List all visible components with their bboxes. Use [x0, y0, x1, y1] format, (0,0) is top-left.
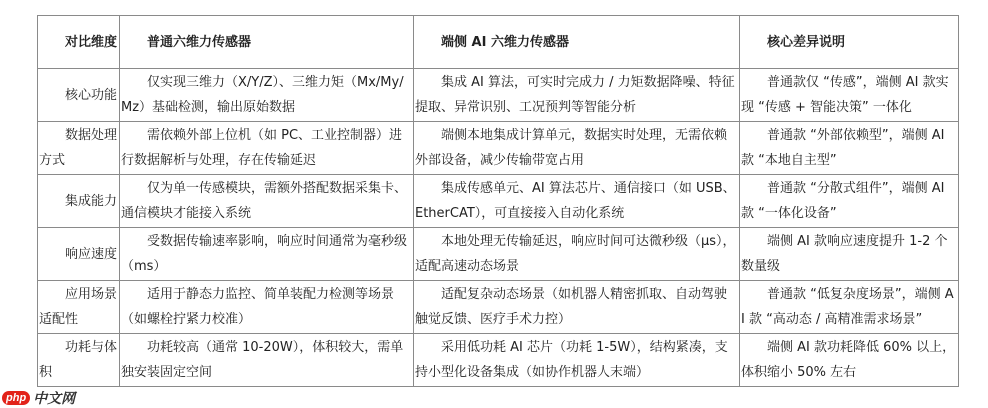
cell-standard: 适用于静态力监控、简单装配力检测等场景（如螺栓拧紧力校准） [120, 281, 414, 334]
cell-dimension: 响应速度 [38, 228, 120, 281]
cell-dimension: 功耗与体积 [38, 334, 120, 387]
header-edge-ai-sensor: 端侧 AI 六维力传感器 [414, 16, 740, 69]
header-dimension: 对比维度 [38, 16, 120, 69]
table-row: 集成能力 仅为单一传感模块，需额外搭配数据采集卡、通信模块才能接入系统 集成传感… [38, 175, 959, 228]
cell-edge-ai: 端侧本地集成计算单元，数据实时处理，无需依赖外部设备，减少传输带宽占用 [414, 122, 740, 175]
table-row: 数据处理方式 需依赖外部上位机（如 PC、工业控制器）进行数据解析与处理，存在传… [38, 122, 959, 175]
cell-difference: 普通款 “分散式组件”，端侧 AI 款 “一体化设备” [740, 175, 959, 228]
table-row: 应用场景适配性 适用于静态力监控、简单装配力检测等场景（如螺栓拧紧力校准） 适配… [38, 281, 959, 334]
watermark: php 中文网 [2, 388, 75, 408]
cell-standard: 需依赖外部上位机（如 PC、工业控制器）进行数据解析与处理，存在传输延迟 [120, 122, 414, 175]
php-logo-icon: php [2, 391, 30, 405]
header-core-difference: 核心差异说明 [740, 16, 959, 69]
table-row: 功耗与体积 功耗较高（通常 10-20W），体积较大，需单独安装固定空间 采用低… [38, 334, 959, 387]
table-row: 响应速度 受数据传输速率影响，响应时间通常为毫秒级（ms） 本地处理无传输延迟，… [38, 228, 959, 281]
cell-edge-ai: 采用低功耗 AI 芯片（功耗 1-5W），结构紧凑，支持小型化设备集成（如协作机… [414, 334, 740, 387]
cell-standard: 功耗较高（通常 10-20W），体积较大，需单独安装固定空间 [120, 334, 414, 387]
table-row: 核心功能 仅实现三维力（X/Y/Z）、三维力矩（Mx/My/Mz）基础检测，输出… [38, 69, 959, 122]
cell-edge-ai: 集成传感单元、AI 算法芯片、通信接口（如 USB、EtherCAT），可直接接… [414, 175, 740, 228]
cell-difference: 普通款 “低复杂度场景”，端侧 AI 款 “高动态 / 高精准需求场景” [740, 281, 959, 334]
comparison-table: 对比维度 普通六维力传感器 端侧 AI 六维力传感器 核心差异说明 核心功能 仅… [37, 15, 959, 387]
cell-edge-ai: 本地处理无传输延迟，响应时间可达微秒级（μs），适配高速动态场景 [414, 228, 740, 281]
cell-standard: 受数据传输速率影响，响应时间通常为毫秒级（ms） [120, 228, 414, 281]
cell-difference: 端侧 AI 款响应速度提升 1-2 个数量级 [740, 228, 959, 281]
cell-difference: 普通款 “外部依赖型”，端侧 AI 款 “本地自主型” [740, 122, 959, 175]
cell-difference: 端侧 AI 款功耗降低 60% 以上，体积缩小 50% 左右 [740, 334, 959, 387]
cell-edge-ai: 集成 AI 算法，可实时完成力 / 力矩数据降噪、特征提取、异常识别、工况预判等… [414, 69, 740, 122]
cell-standard: 仅为单一传感模块，需额外搭配数据采集卡、通信模块才能接入系统 [120, 175, 414, 228]
cell-dimension: 核心功能 [38, 69, 120, 122]
cell-dimension: 集成能力 [38, 175, 120, 228]
header-standard-sensor: 普通六维力传感器 [120, 16, 414, 69]
cell-standard: 仅实现三维力（X/Y/Z）、三维力矩（Mx/My/Mz）基础检测，输出原始数据 [120, 69, 414, 122]
table-header-row: 对比维度 普通六维力传感器 端侧 AI 六维力传感器 核心差异说明 [38, 16, 959, 69]
cell-edge-ai: 适配复杂动态场景（如机器人精密抓取、自动驾驶触觉反馈、医疗手术力控） [414, 281, 740, 334]
watermark-text: 中文网 [33, 388, 75, 408]
cell-difference: 普通款仅 “传感”，端侧 AI 款实现 “传感 + 智能决策” 一体化 [740, 69, 959, 122]
cell-dimension: 数据处理方式 [38, 122, 120, 175]
cell-dimension: 应用场景适配性 [38, 281, 120, 334]
